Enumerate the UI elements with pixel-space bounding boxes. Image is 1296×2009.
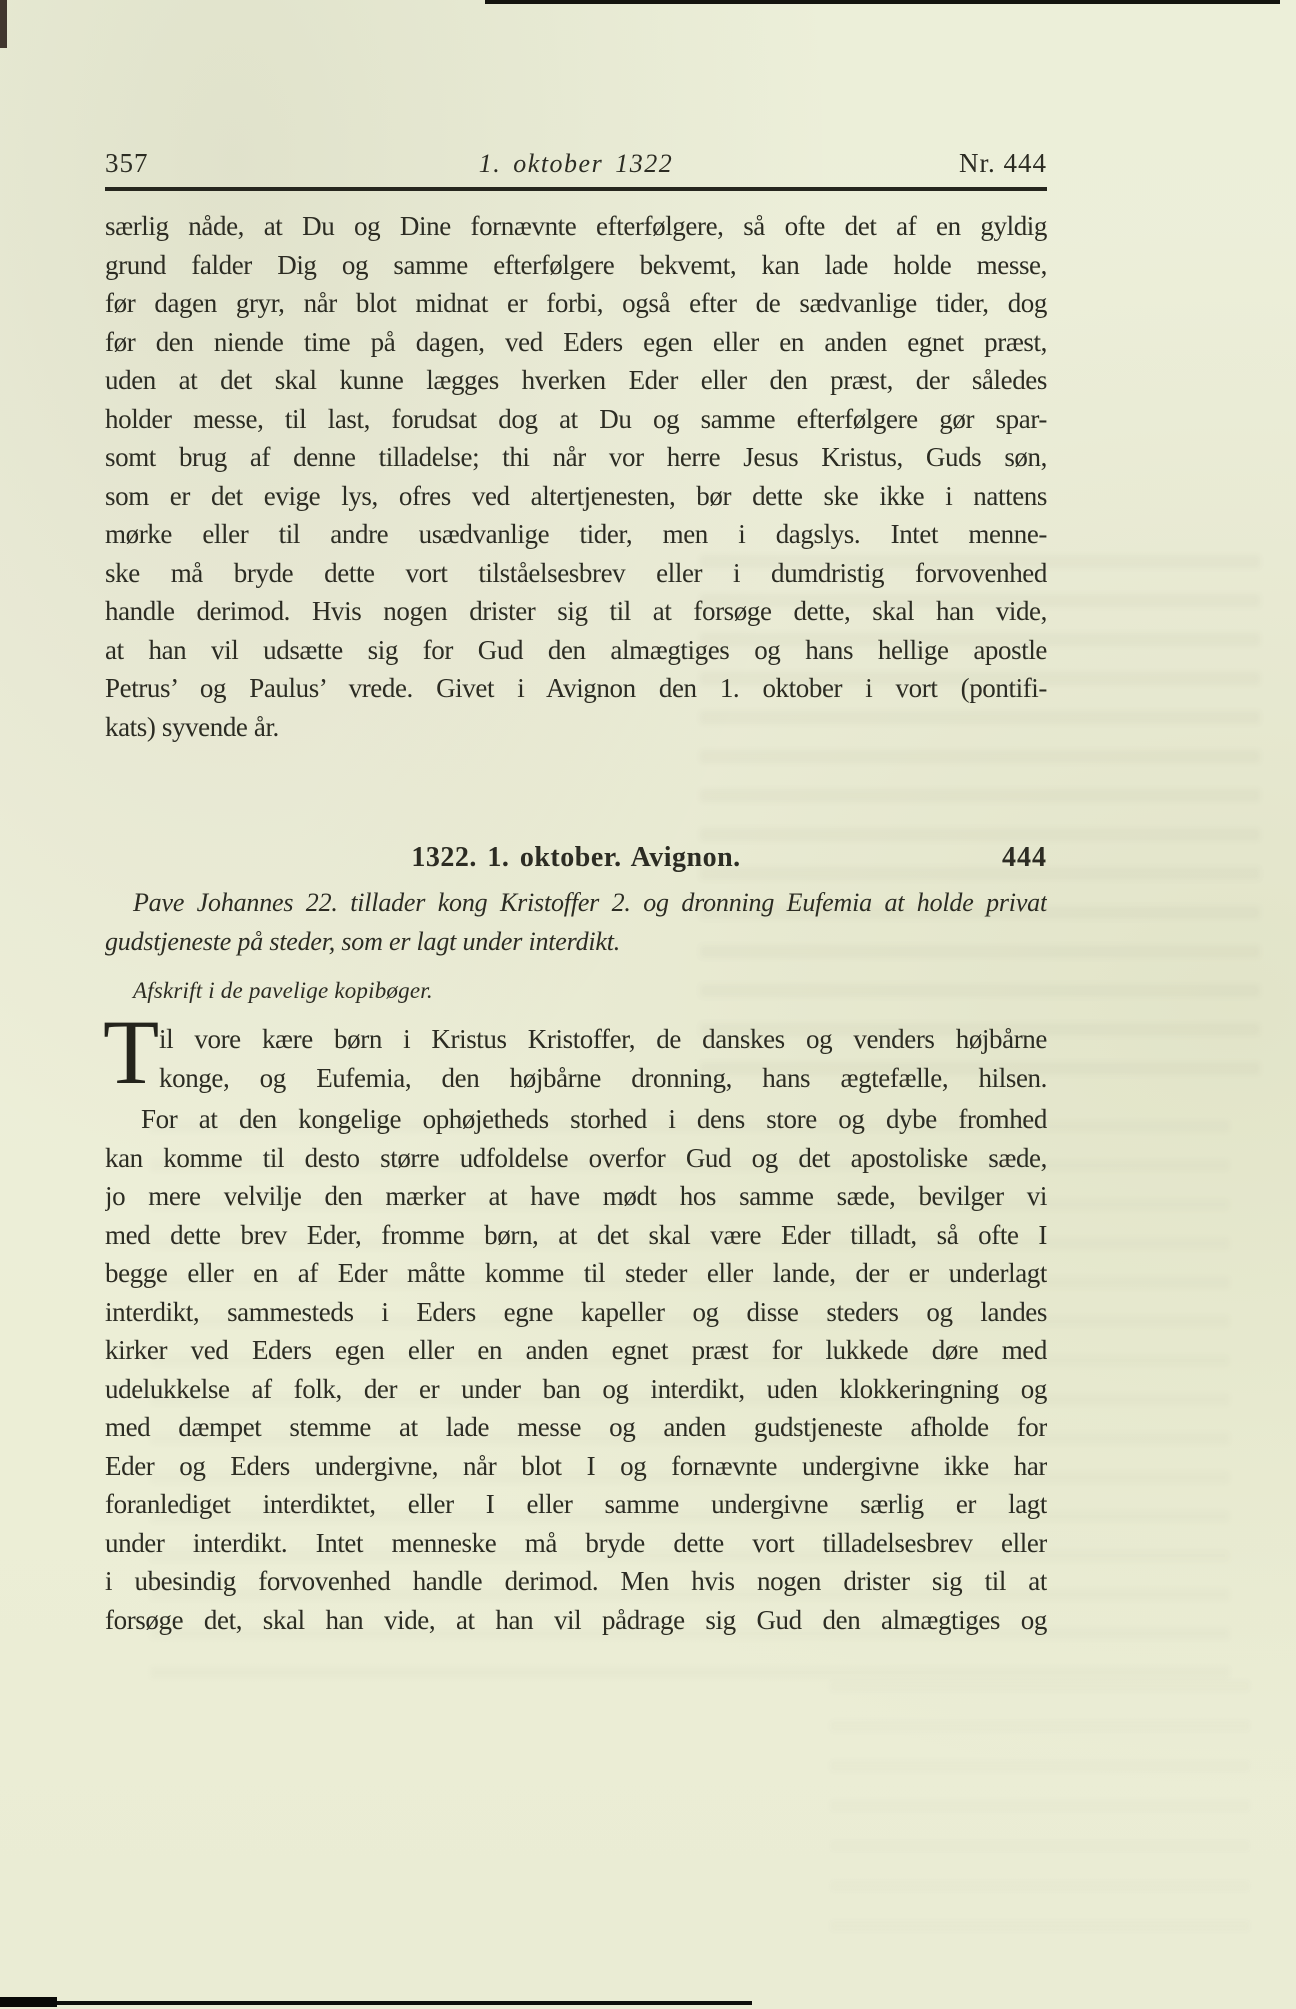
scanned-book-page: 357 1. oktober 1322 Nr. 444 særlig nåde,… [0, 0, 1296, 2009]
text-line: holder messe, til last, forudsat dog at … [105, 400, 1047, 439]
page-number: 357 [105, 146, 149, 180]
text-line: For at den kongelige ophøjetheds storhed… [105, 1100, 1047, 1139]
bleedthrough-smudge [830, 1680, 1250, 1940]
summary-line: gudstjeneste på steder, som er lagt unde… [105, 923, 1047, 962]
entry-body-paragraph: For at den kongelige ophøjetheds storhed… [105, 1100, 1047, 1639]
text-line: Petrus’ og Paulus’ vrede. Givet i Avigno… [105, 669, 1047, 708]
summary-line: Pave Johannes 22. tillader kong Kristoff… [105, 884, 1047, 923]
running-title: 1. oktober 1322 [479, 147, 673, 181]
text-line: i ubesindig forvovenhed handle derimod. … [105, 1562, 1047, 1601]
text-line: forsøge det, skal han vide, at han vil p… [105, 1601, 1047, 1640]
document-number-label: Nr. 444 [959, 146, 1047, 180]
text-line: il vore kære børn i Kristus Kristoffer, … [105, 1020, 1047, 1059]
text-line: særlig nåde, at Du og Dine fornævnte eft… [105, 207, 1047, 246]
text-line: ske må bryde dette vort tilståelsesbrev … [105, 554, 1047, 593]
text-line: at han vil udsætte sig for Gud den almæg… [105, 631, 1047, 670]
text-line: kirker ved Eders egen eller en anden egn… [105, 1331, 1047, 1370]
text-line: foranlediget interdiktet, eller I eller … [105, 1485, 1047, 1524]
text-line: interdikt, sammesteds i Eders egne kapel… [105, 1293, 1047, 1332]
text-line: kats) syvende år. [105, 708, 1047, 747]
scan-bottom-edge-line [0, 2001, 752, 2005]
scan-corner-mark [0, 0, 7, 48]
text-line: som er det evige lys, ofres ved altertje… [105, 477, 1047, 516]
text-line: grund falder Dig og samme efterfølgere b… [105, 246, 1047, 285]
text-line: kan komme til desto større udfoldelse ov… [105, 1139, 1047, 1178]
closing-letter-paragraph: særlig nåde, at Du og Dine fornævnte eft… [105, 207, 1047, 746]
entry-heading-row: 1322. 1. oktober. Avignon. 444 [105, 838, 1047, 878]
scan-top-edge-line [485, 0, 1280, 4]
text-line: begge eller en af Eder måtte komme til s… [105, 1254, 1047, 1293]
text-line: jo mere velvilje den mærker at have mødt… [105, 1177, 1047, 1216]
entry-heading: 1322. 1. oktober. Avignon. [105, 838, 1047, 878]
salutation-paragraph: T il vore kære børn i Kristus Kristoffer… [105, 1020, 1047, 1097]
text-line: med dette brev Eder, fromme børn, at det… [105, 1216, 1047, 1255]
text-line: somt brug af denne tilladelse; thi når v… [105, 438, 1047, 477]
drop-cap-initial: T [103, 1006, 159, 1098]
text-line: Eder og Eders undergivne, når blot I og … [105, 1447, 1047, 1486]
text-line: konge, og Eufemia, den højbårne dronning… [105, 1059, 1047, 1098]
source-note: Afskrift i de pavelige kopibøger. [105, 976, 1075, 1006]
entry-number: 444 [1002, 838, 1047, 878]
text-line: med dæmpet stemme at lade messe og anden… [105, 1408, 1047, 1447]
entry-summary: Pave Johannes 22. tillader kong Kristoff… [105, 884, 1047, 961]
text-line: før den niende time på dagen, ved Eders … [105, 323, 1047, 362]
scan-corner-mark [0, 1997, 57, 2007]
running-header: 357 1. oktober 1322 Nr. 444 [105, 146, 1047, 191]
text-line: før dagen gryr, når blot midnat er forbi… [105, 284, 1047, 323]
text-line: handle derimod. Hvis nogen drister sig t… [105, 592, 1047, 631]
text-line: uden at det skal kunne lægges hverken Ed… [105, 361, 1047, 400]
text-line: udelukkelse af folk, der er under ban og… [105, 1370, 1047, 1409]
text-line: under interdikt. Intet menneske må bryde… [105, 1524, 1047, 1563]
text-line: mørke eller til andre usædvanlige tider,… [105, 515, 1047, 554]
